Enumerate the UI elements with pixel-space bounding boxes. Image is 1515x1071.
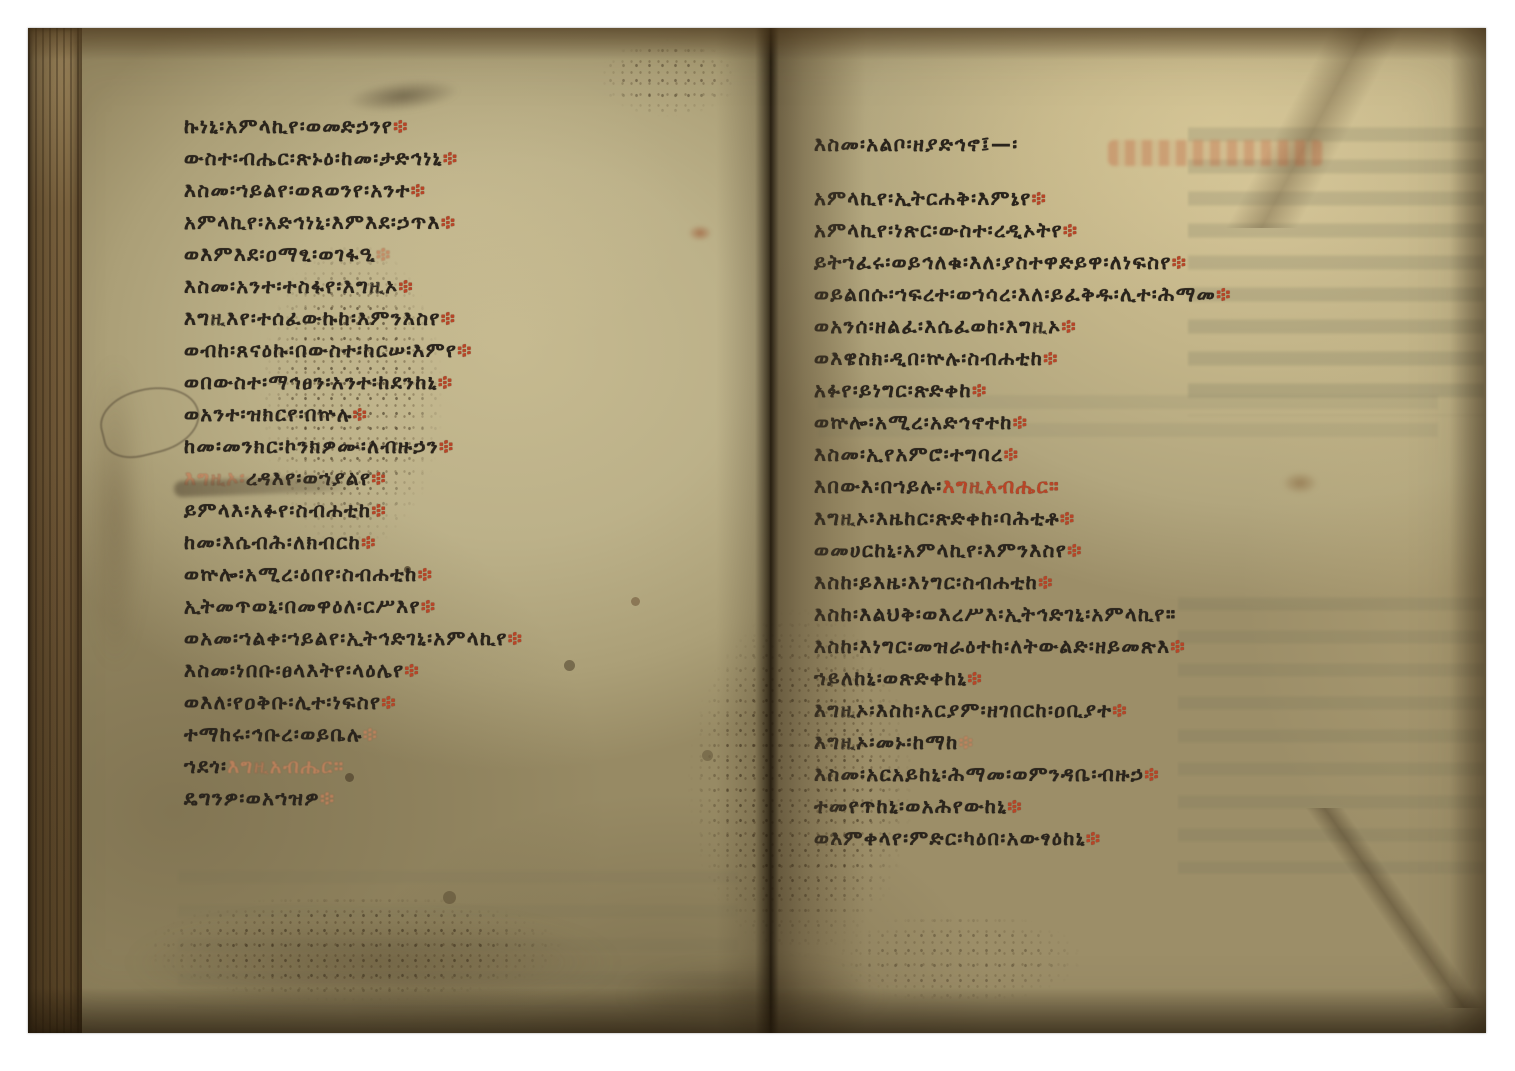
manuscript-text-line: እግዚኦ፡እዜከር፡ጽድቀከ፡ባሕቲቶ፨ [814,502,1454,534]
text-run: አምላኪየ፡አድኅነኒ፡እምእደ፡ኃጥእ [184,210,441,234]
text-run: ውስተ፡ብሔር፡ጽኑዕ፡ከመ፡ታድኅነኒ [184,146,443,170]
manuscript-text-line: ወአመ፡ኀልቀ፡ኀይልየ፡ኢትኅድገኒ፡አምላኪየ፨ [184,622,744,654]
manuscript-text-line: እስመ፡ኀይልየ፡ወጸወንየ፡አንተ፨ [184,174,744,206]
manuscript-text-line: ከመ፡እሴብሕ፡ለክብርከ፨ [184,526,744,558]
manuscript-text-line: እግዚኦ፡ረዳእየ፡ወኀያልየ፨ [184,462,744,494]
paragraph-separator-mark: ፨ [1144,762,1160,786]
paragraph-separator-mark: ፨ [381,690,397,714]
text-run: እስከ፡እነግር፡መዝራዕተከ፡ለትውልድ፡ዘይመጽእ [814,634,1170,658]
manuscript-text-line: እበውእ፡በኀይሉ፡እግዚአብሔር። [814,470,1454,502]
text-run: ረዳእየ፡ወኀያልየ [246,466,371,490]
manuscript-text-line: ወኵሎ፡አሚረ፡ዕበየ፡ስብሐቲከ፨ [184,558,744,590]
photo-frame: ኩነኒ፡አምላኪየ፡ወመድኃንየ፨ውስተ፡ብሔር፡ጽኑዕ፡ከመ፡ታድኅነኒ፨እስ… [0,0,1515,1071]
manuscript-text-line: አፉየ፡ይነግር፡ጽድቀከ፨ [814,374,1454,406]
text-run: ወኵሎ፡አሚረ፡ዕበየ፡ስብሐቲከ [184,562,418,586]
paragraph-separator-mark: ፨ [398,274,414,298]
manuscript-text-line: ወእለ፡የዐቅቡ፡ሊተ፡ነፍስየ፨ [184,686,744,718]
paragraph-separator-mark: ፨ [972,378,988,402]
manuscript-text-line: እስመ፡ነበቡ፡ፀላእትየ፡ላዕሌየ፨ [184,654,744,686]
paragraph-separator-mark: ፨ [1170,634,1186,658]
paragraph-separator-mark: ፨ [1013,410,1029,434]
manuscript-text-line: ወመሀርከኒ፡አምላኪየ፡እምንእስየ፨ [814,534,1454,566]
paragraph-separator-mark: ፨ [1172,250,1188,274]
paragraph-separator-mark: ፨ [1063,218,1079,242]
manuscript-photo: ኩነኒ፡አምላኪየ፡ወመድኃንየ፨ውስተ፡ብሔር፡ጽኑዕ፡ከመ፡ታድኅነኒ፨እስ… [28,28,1486,1033]
text-run: ዴግንዎ፡ወአኀዝዎ [184,786,320,810]
text-run: ከመ፡መንክር፡ኮንክዎሙ፡ለብዙኃን [184,434,439,458]
paragraph-separator-mark: ፨ [439,434,455,458]
manuscript-text-line: እስከ፡እነግር፡መዝራዕተከ፡ለትውልድ፡ዘይመጽእ፨ [814,630,1454,662]
paragraph-separator-mark: ፨ [967,666,983,690]
manuscript-text-line: ይምላእ፡አፉየ፡ስብሐቲከ፨ [184,494,744,526]
manuscript-text-line: ወኵሎ፡አሚረ፡አድኅኖተከ፨ [814,406,1454,438]
manuscript-text-line: ወብከ፡ጸናዕኩ፡በውስተ፡ከርሠ፡እምየ፨ [184,334,744,366]
manuscript-text-line: እስመ፡አርአይከኒ፡ሕማመ፡ወምንዳቤ፡ብዙኃ፨ [814,758,1454,790]
manuscript-text-line: እግዚኦ፡መኑ፡ከማከ፨ [814,726,1454,758]
book-binding-edge [28,28,82,1033]
rubricated-text-run: እግዚአብሔር። [943,474,1060,498]
manuscript-text-line: ወእምቀላየ፡ምድር፡ካዕበ፡አውፃዕከኒ፨ [814,822,1454,854]
manuscript-text-line: ይትኀፈሩ፡ወይኅለቁ፡እለ፡ያስተዋድይዋ፡ለነፍስየ፨ [814,246,1454,278]
paragraph-separator-mark: ፨ [959,730,975,754]
paragraph-separator-mark: ፨ [393,114,409,138]
manuscript-text-line: ወይልበሱ፡ኀፍረተ፡ወኀሳረ፡እለ፡ይፈቅዱ፡ሊተ፡ሕማመ፨ [814,278,1454,310]
paragraph-separator-mark: ፨ [1032,186,1048,210]
manuscript-text-line: ወአንተ፡ዝክርየ፡በኵሉ፨ [184,398,744,430]
paragraph-separator-mark: ፨ [1216,282,1232,306]
manuscript-text-line: አምላኪየ፡ነጽር፡ውስተ፡ረዲኦትየ፨ [814,214,1454,246]
paragraph-separator-mark: ፨ [443,146,459,170]
text-run: ይትኀፈሩ፡ወይኅለቁ፡እለ፡ያስተዋድይዋ፡ለነፍስየ [814,250,1172,274]
manuscript-text-line: ኀደጎ፡እግዚአብሔር። [184,750,744,782]
text-run: ወእምእደ፡ዐማፂ፡ወገፋዒ [184,242,376,266]
paragraph-separator-mark: ፨ [376,242,392,266]
paragraph-separator-mark: ፨ [1038,570,1054,594]
text-run: ወእለ፡የዐቅቡ፡ሊተ፡ነፍስየ [184,690,381,714]
paragraph-separator-mark: ፨ [1067,538,1083,562]
text-run: እግዚእየ፡ተሰፈውኩከ፡እምንእስየ [184,306,441,330]
paragraph-separator-mark: ፨ [457,338,473,362]
rubricated-text-run: እግዚአብሔር። [227,754,344,778]
manuscript-text-line: ወእምእደ፡ዐማፂ፡ወገፋዒ፨ [184,238,744,270]
manuscript-text-line: እስመ፡ኢየአምሮ፡ተግባረ፨ [814,438,1454,470]
paragraph-separator-mark: ፨ [438,370,454,394]
text-run: እስመ፡ኀይልየ፡ወጸወንየ፡አንተ [184,178,411,202]
paragraph-separator-mark: ፨ [441,210,457,234]
paragraph-separator-mark: ፨ [1061,314,1077,338]
manuscript-text-line: ተማከሩ፡ኅቡረ፡ወይቤሉ፨ [184,718,744,750]
text-run: እስመ፡አንተ፡ተስፋየ፡እግዚኦ [184,274,398,298]
manuscript-text-line: ወበውስተ፡ማኅፀን፡አንተ፡ከደንከኒ፨ [184,366,744,398]
paragraph-separator-mark: ፨ [363,722,379,746]
text-run: እስመ፡ነበቡ፡ፀላእትየ፡ላዕሌየ [184,658,405,682]
paragraph-separator-mark: ፨ [405,658,421,682]
text-run: እስከ፡እልህቅ፡ወእረሥእ፡ኢትኅድገኒ፡አምላኪየ። [814,602,1177,626]
text-run: ተማከሩ፡ኅቡረ፡ወይቤሉ [184,722,363,746]
manuscript-text-line: ውስተ፡ብሔር፡ጽኑዕ፡ከመ፡ታድኅነኒ፨ [184,142,744,174]
manuscript-text-line: ዴግንዎ፡ወአኀዝዎ፨ [184,782,744,814]
paragraph-separator-mark: ፨ [421,594,437,618]
paragraph-separator-mark: ፨ [1086,826,1102,850]
paragraph-separator-mark: ፨ [320,786,336,810]
manuscript-text-line: እስከ፡ይእዜ፡እነግር፡ስብሐቲከ፨ [814,566,1454,598]
paragraph-separator-mark: ፨ [1007,794,1023,818]
text-run: ወበውስተ፡ማኅፀን፡አንተ፡ከደንከኒ [184,370,438,394]
paragraph-separator-mark: ፨ [508,626,524,650]
text-run: ከመ፡እሴብሕ፡ለክብርከ [184,530,361,554]
book-spine-shadow [716,28,866,1033]
paragraph-separator-mark: ፨ [371,466,387,490]
text-run: ኀደጎ፡ [184,754,227,778]
manuscript-text-line: ወአንሰ፡ዘልፈ፡እሴፈወከ፡እግዚኦ፨ [814,310,1454,342]
rubricated-text-run: እግዚኦ፡ [184,466,246,490]
text-run: ይምላእ፡አፉየ፡ስብሐቲከ [184,498,371,522]
paragraph-separator-mark: ፨ [418,562,434,586]
manuscript-text-line: እግዚኦ፡እስከ፡አርያም፡ዘገበርከ፡ዐቢያተ፨ [814,694,1454,726]
manuscript-text-line: እስከ፡እልህቅ፡ወእረሥእ፡ኢትኅድገኒ፡አምላኪየ። [814,598,1454,630]
paragraph-separator-mark: ፨ [361,530,377,554]
text-run: ወብከ፡ጸናዕኩ፡በውስተ፡ከርሠ፡እምየ [184,338,457,362]
manuscript-text-line: ተመየጥከኒ፡ወአሕየውከኒ፨ [814,790,1454,822]
manuscript-text-line: ኢትመጥወኒ፡በመዋዕለ፡ርሥእየ፨ [184,590,744,622]
paragraph-separator-mark: ፨ [1112,698,1128,722]
manuscript-text-line: አምላኪየ፡ኢትርሐቅ፡እምኔየ፨ [814,182,1454,214]
paragraph-separator-mark: ፨ [371,498,387,522]
text-run: ወአንተ፡ዝክርየ፡በኵሉ [184,402,353,426]
paragraph-separator-mark: ፨ [441,306,457,330]
text-run: ወይልበሱ፡ኀፍረተ፡ወኀሳረ፡እለ፡ይፈቅዱ፡ሊተ፡ሕማመ [814,282,1216,306]
text-run: ወአመ፡ኀልቀ፡ኀይልየ፡ኢትኅድገኒ፡አምላኪየ [184,626,508,650]
paragraph-separator-mark: ፨ [1004,442,1020,466]
manuscript-text-line: እግዚእየ፡ተሰፈውኩከ፡እምንእስየ፨ [184,302,744,334]
paragraph-separator-mark: ፨ [411,178,427,202]
manuscript-text-line: እስመ፡አልቦ፡ዘያድኅኖ፤—፡ [814,128,1454,160]
paragraph-separator-mark: ፨ [1060,506,1076,530]
manuscript-text-line: ኀይለከኒ፡ወጽድቀከኒ፨ [814,662,1454,694]
paragraph-separator-mark: ፨ [1043,346,1059,370]
manuscript-text-line: ከመ፡መንክር፡ኮንክዎሙ፡ለብዙኃን፨ [184,430,744,462]
text-run: ኢትመጥወኒ፡በመዋዕለ፡ርሥእየ [184,594,421,618]
paragraph-separator-mark: ፨ [353,402,369,426]
manuscript-text-line: ኩነኒ፡አምላኪየ፡ወመድኃንየ፨ [184,110,744,142]
manuscript-text-line: አምላኪየ፡አድኅነኒ፡እምእደ፡ኃጥእ፨ [184,206,744,238]
right-page-text: እስመ፡አልቦ፡ዘያድኅኖ፤—፡አምላኪየ፡ኢትርሐቅ፡እምኔየ፨አምላኪየ፡ነ… [814,128,1454,854]
left-page-text: ኩነኒ፡አምላኪየ፡ወመድኃንየ፨ውስተ፡ብሔር፡ጽኑዕ፡ከመ፡ታድኅነኒ፨እስ… [184,110,744,814]
manuscript-text-line: እስመ፡አንተ፡ተስፋየ፡እግዚኦ፨ [184,270,744,302]
text-run: ኩነኒ፡አምላኪየ፡ወመድኃንየ [184,114,393,138]
manuscript-text-line: ወእዌስክ፡ዲበ፡ኵሉ፡ስብሐቲከ፨ [814,342,1454,374]
